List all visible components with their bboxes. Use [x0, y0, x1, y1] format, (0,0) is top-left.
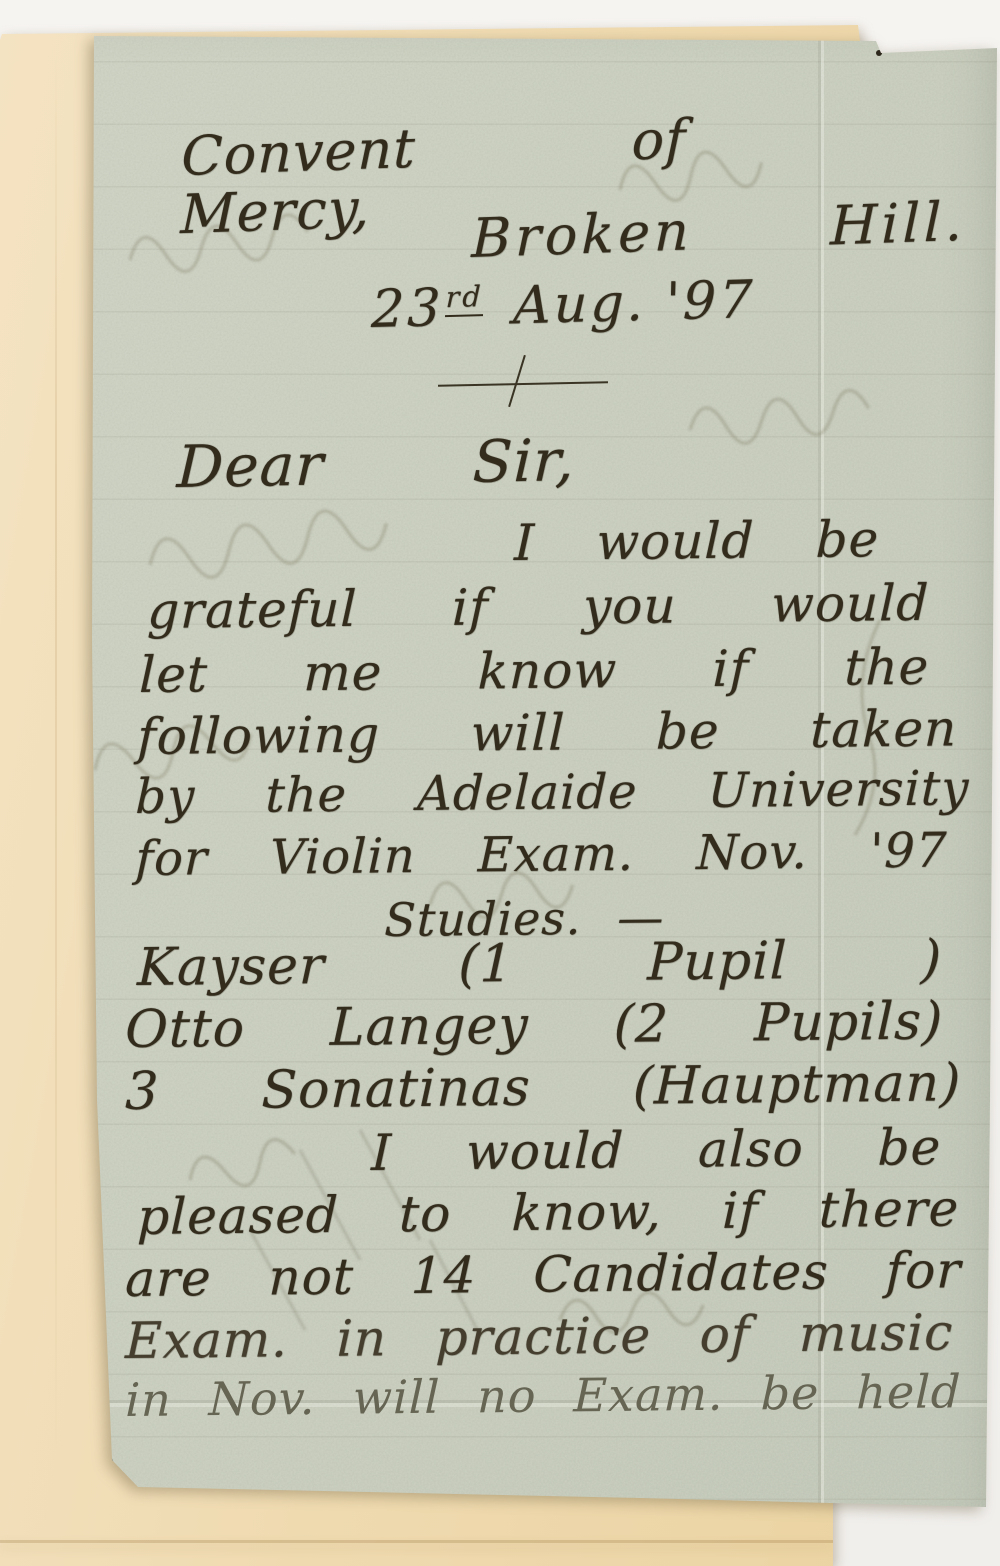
date-ordinal: rd: [445, 279, 484, 317]
letter-line: for Violin Exam. Nov. '97: [135, 825, 948, 885]
letter-line: I would also be: [371, 1120, 942, 1180]
ink-speck: [876, 50, 882, 56]
date-rest: Aug. '97: [513, 270, 756, 336]
date-day: 23: [370, 278, 444, 340]
letter-line: pleased to know, if there: [137, 1181, 960, 1244]
letter-line: grateful if you would: [147, 576, 930, 638]
letter-line: are not 14 Candidates for: [125, 1243, 962, 1306]
letter-page: Convent of Mercy, Broken Hill. 23rdAug. …: [0, 0, 1000, 1566]
letter-line: Exam. in practice of music: [125, 1305, 954, 1368]
salutation: Dear Sir,: [176, 429, 576, 499]
study-item: 3 Sonatinas (Hauptman): [125, 1055, 962, 1120]
letter-line: in Nov. will no Exam. be held: [125, 1367, 962, 1425]
heading-date: 23rdAug. '97: [371, 272, 756, 338]
letter-line: I would be: [514, 512, 880, 570]
letter-line: following will be taken: [137, 701, 958, 764]
corner-fold-mark: [96, 1429, 123, 1485]
letter-page-shadow: Convent of Mercy, Broken Hill. 23rdAug. …: [0, 0, 1000, 1566]
cross-mark-bar: [438, 381, 608, 387]
letter-line: let me know if the: [139, 640, 930, 702]
cross-mark-stem: [508, 355, 526, 407]
cross-mark: [438, 352, 610, 412]
study-item: Otto Langey (2 Pupils): [125, 993, 944, 1058]
study-item: Kayser (1 Pupil ): [137, 932, 943, 997]
scanned-letter: Convent of Mercy, Broken Hill. 23rdAug. …: [0, 0, 1000, 1566]
letter-line: by the Adelaide University: [135, 763, 970, 824]
heading-place: Broken Hill.: [471, 193, 967, 269]
